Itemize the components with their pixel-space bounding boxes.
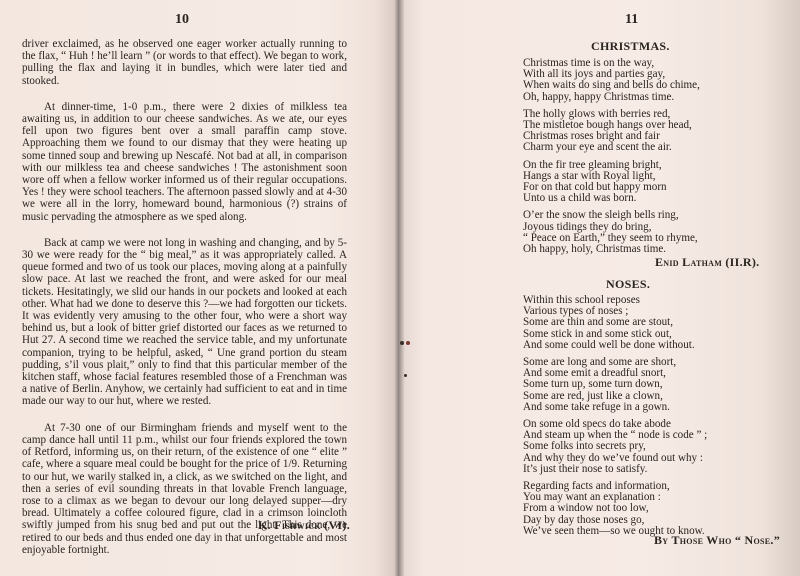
poem-line: From a window not too low, (523, 503, 707, 514)
poem-title: CHRISTMAS. (591, 39, 670, 54)
stanza: The holly glows with berries red, The mi… (523, 109, 700, 154)
stanza: O’er the snow the sleigh bells ring, Joy… (523, 210, 700, 255)
left-page: 10 driver exclaimed, as he observed one … (0, 0, 400, 576)
stanza: On the fir tree gleaming bright, Hangs a… (523, 160, 700, 205)
poem-line: Some turn up, some turn down, (523, 379, 707, 390)
poem-line: It’s just their nose to satisfy. (523, 464, 707, 475)
poem-author: Enid Latham (II.R). (655, 255, 759, 270)
poem-line: Charm your eye and scent the air. (523, 142, 700, 153)
paragraph: At dinner-time, 1-0 p.m., there were 2 d… (22, 101, 347, 223)
poem-title: NOSES. (606, 277, 650, 292)
page-number: 11 (625, 12, 638, 28)
right-page: 11 CHRISTMAS. Christmas time is on the w… (402, 0, 800, 576)
poem-christmas: Christmas time is on the way, With all i… (523, 58, 700, 261)
poem-line: Oh happy, holy, Christmas time. (523, 244, 700, 255)
poem-line: When waits do sing and bells do chime, (523, 80, 700, 91)
poem-line: And some could well be done without. (523, 340, 707, 351)
stanza: On some old specs do take abode And stea… (523, 419, 707, 475)
stanza: Some are long and some are short, And so… (523, 357, 707, 413)
stanza: Regarding facts and information, You may… (523, 481, 707, 537)
article-signature: K. Fishwick (VI). (258, 518, 350, 533)
poem-line: And some take refuge in a gown. (523, 402, 707, 413)
booklet-spread: 10 driver exclaimed, as he observed one … (0, 0, 800, 576)
paragraph: At 7-30 one of our Birmingham friends an… (22, 422, 347, 556)
poem-noses: Within this school reposes Various types… (523, 295, 707, 543)
poem-line: Some are thin and some are stout, (523, 317, 707, 328)
poem-line: O’er the snow the sleigh bells ring, (523, 210, 700, 221)
poem-line: Some folks into secrets pry, (523, 441, 707, 452)
stanza: Within this school reposes Various types… (523, 295, 707, 351)
poem-author: By Those Who “ Nose.” (654, 533, 780, 548)
paragraph: Back at camp we were not long in washing… (22, 237, 347, 408)
poem-line: Unto us a child was born. (523, 193, 700, 204)
page-number: 10 (175, 12, 189, 28)
poem-line: Oh, happy, happy Christmas time. (523, 92, 700, 103)
article-body: driver exclaimed, as he observed one eag… (22, 38, 347, 570)
stanza: Christmas time is on the way, With all i… (523, 58, 700, 103)
paragraph: driver exclaimed, as he observed one eag… (22, 38, 347, 87)
